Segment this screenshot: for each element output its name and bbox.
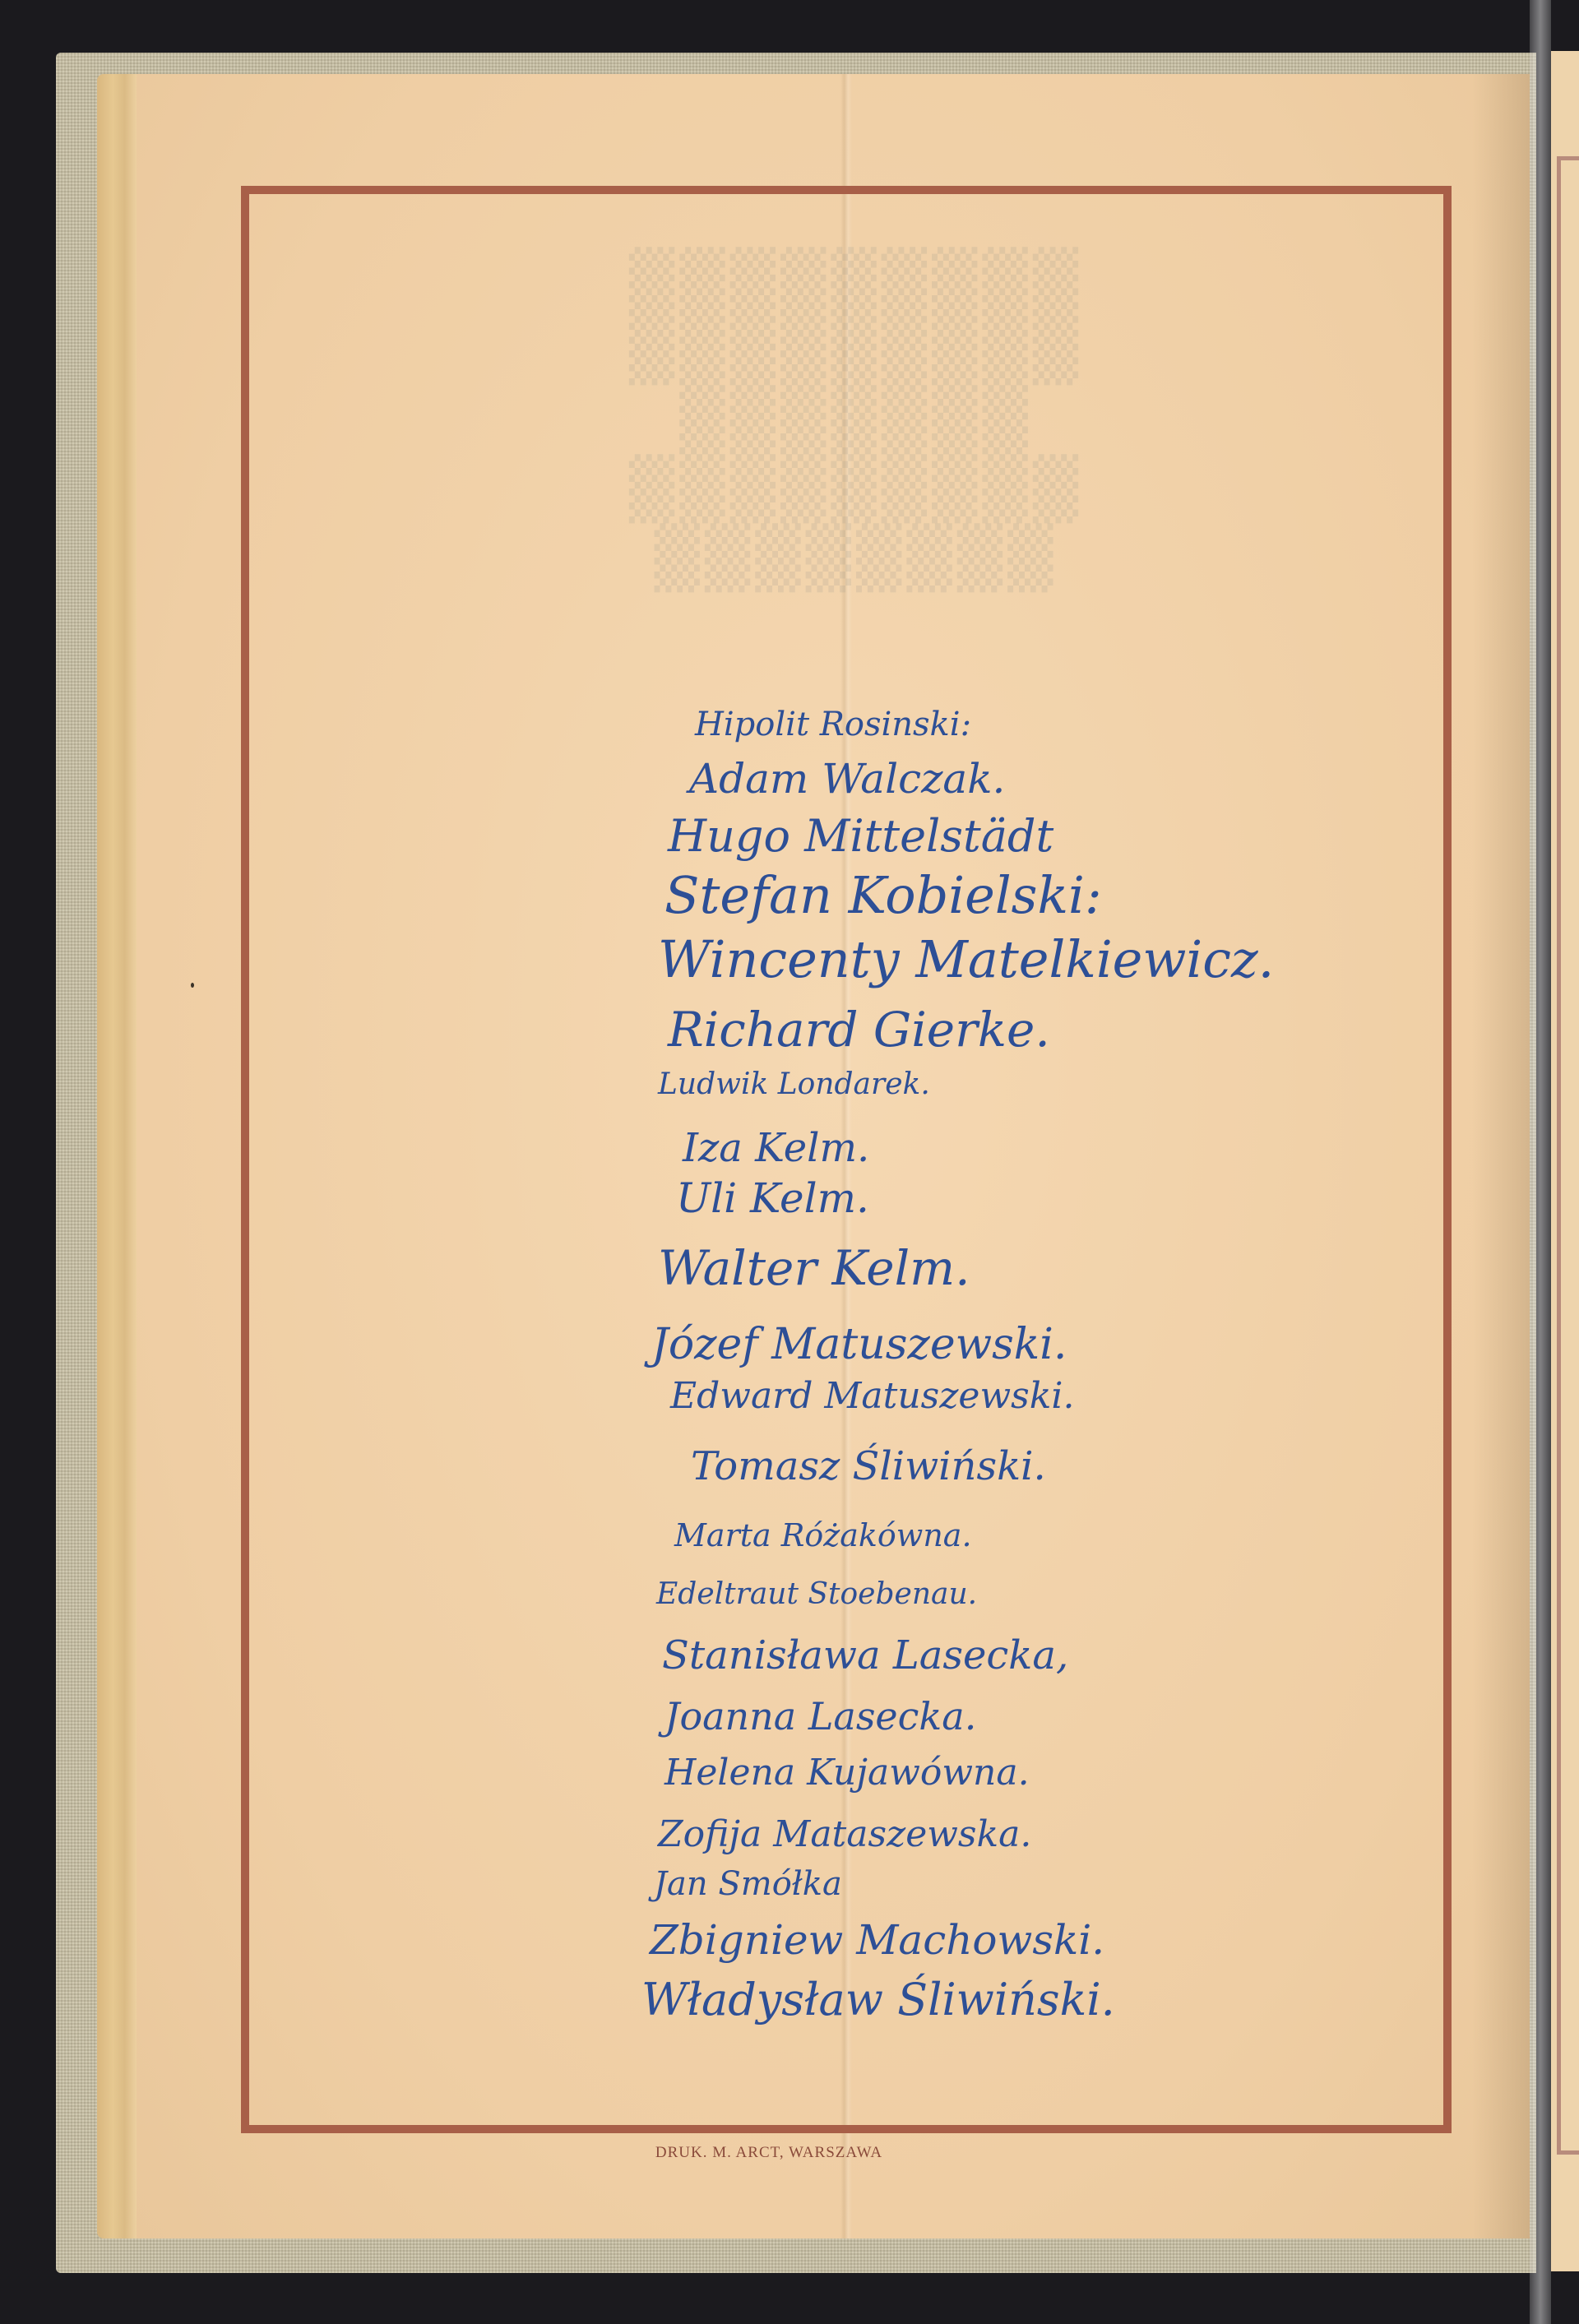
signature: Joanna Lasecka. [664,1694,976,1738]
signature: Uli Kelm. [676,1174,869,1222]
signature: Zofija Mataszewska. [658,1813,1031,1855]
printer-imprint: DRUK. M. ARCT, WARSZAWA [0,2144,1579,2162]
printer-imprint-text: DRUK. M. ARCT, WARSZAWA [655,2144,882,2161]
signature: Iza Kelm. [683,1125,869,1171]
facing-page-border [1557,156,1579,2155]
signature: Wincenty Matelkiewicz. [658,929,1274,989]
signature: Tomasz Śliwiński. [691,1443,1046,1489]
signature: Hipolit Rosinski: [695,706,971,743]
page-edges [97,74,137,2238]
signature: Hugo Mittelstädt [668,810,1053,862]
signature: Marta Różakówna. [674,1517,972,1553]
signature: Helena Kujawówna. [664,1752,1030,1794]
signature: Władysław Śliwiński. [641,1974,1115,2025]
signature: Richard Gierke. [668,1002,1050,1058]
signature: Stanisława Lasecka, [662,1632,1068,1678]
signature: Walter Kelm. [658,1240,970,1296]
signature: Adam Walczak. [689,755,1005,803]
signature: Zbigniew Machowski. [650,1916,1104,1964]
signature: Stefan Kobielski: [664,865,1102,925]
signature: Edeltraut Stoebenau. [656,1577,977,1611]
signature: Ludwik Londarek. [658,1067,930,1101]
plastic-sleeve-edge [1530,0,1551,2324]
paper-speck [191,983,194,988]
gutter-shadow [1472,74,1530,2238]
signature: Jan Smółka [654,1865,842,1903]
signature: Edward Matuszewski. [670,1375,1074,1417]
signature: Józef Matuszewski. [651,1320,1067,1369]
